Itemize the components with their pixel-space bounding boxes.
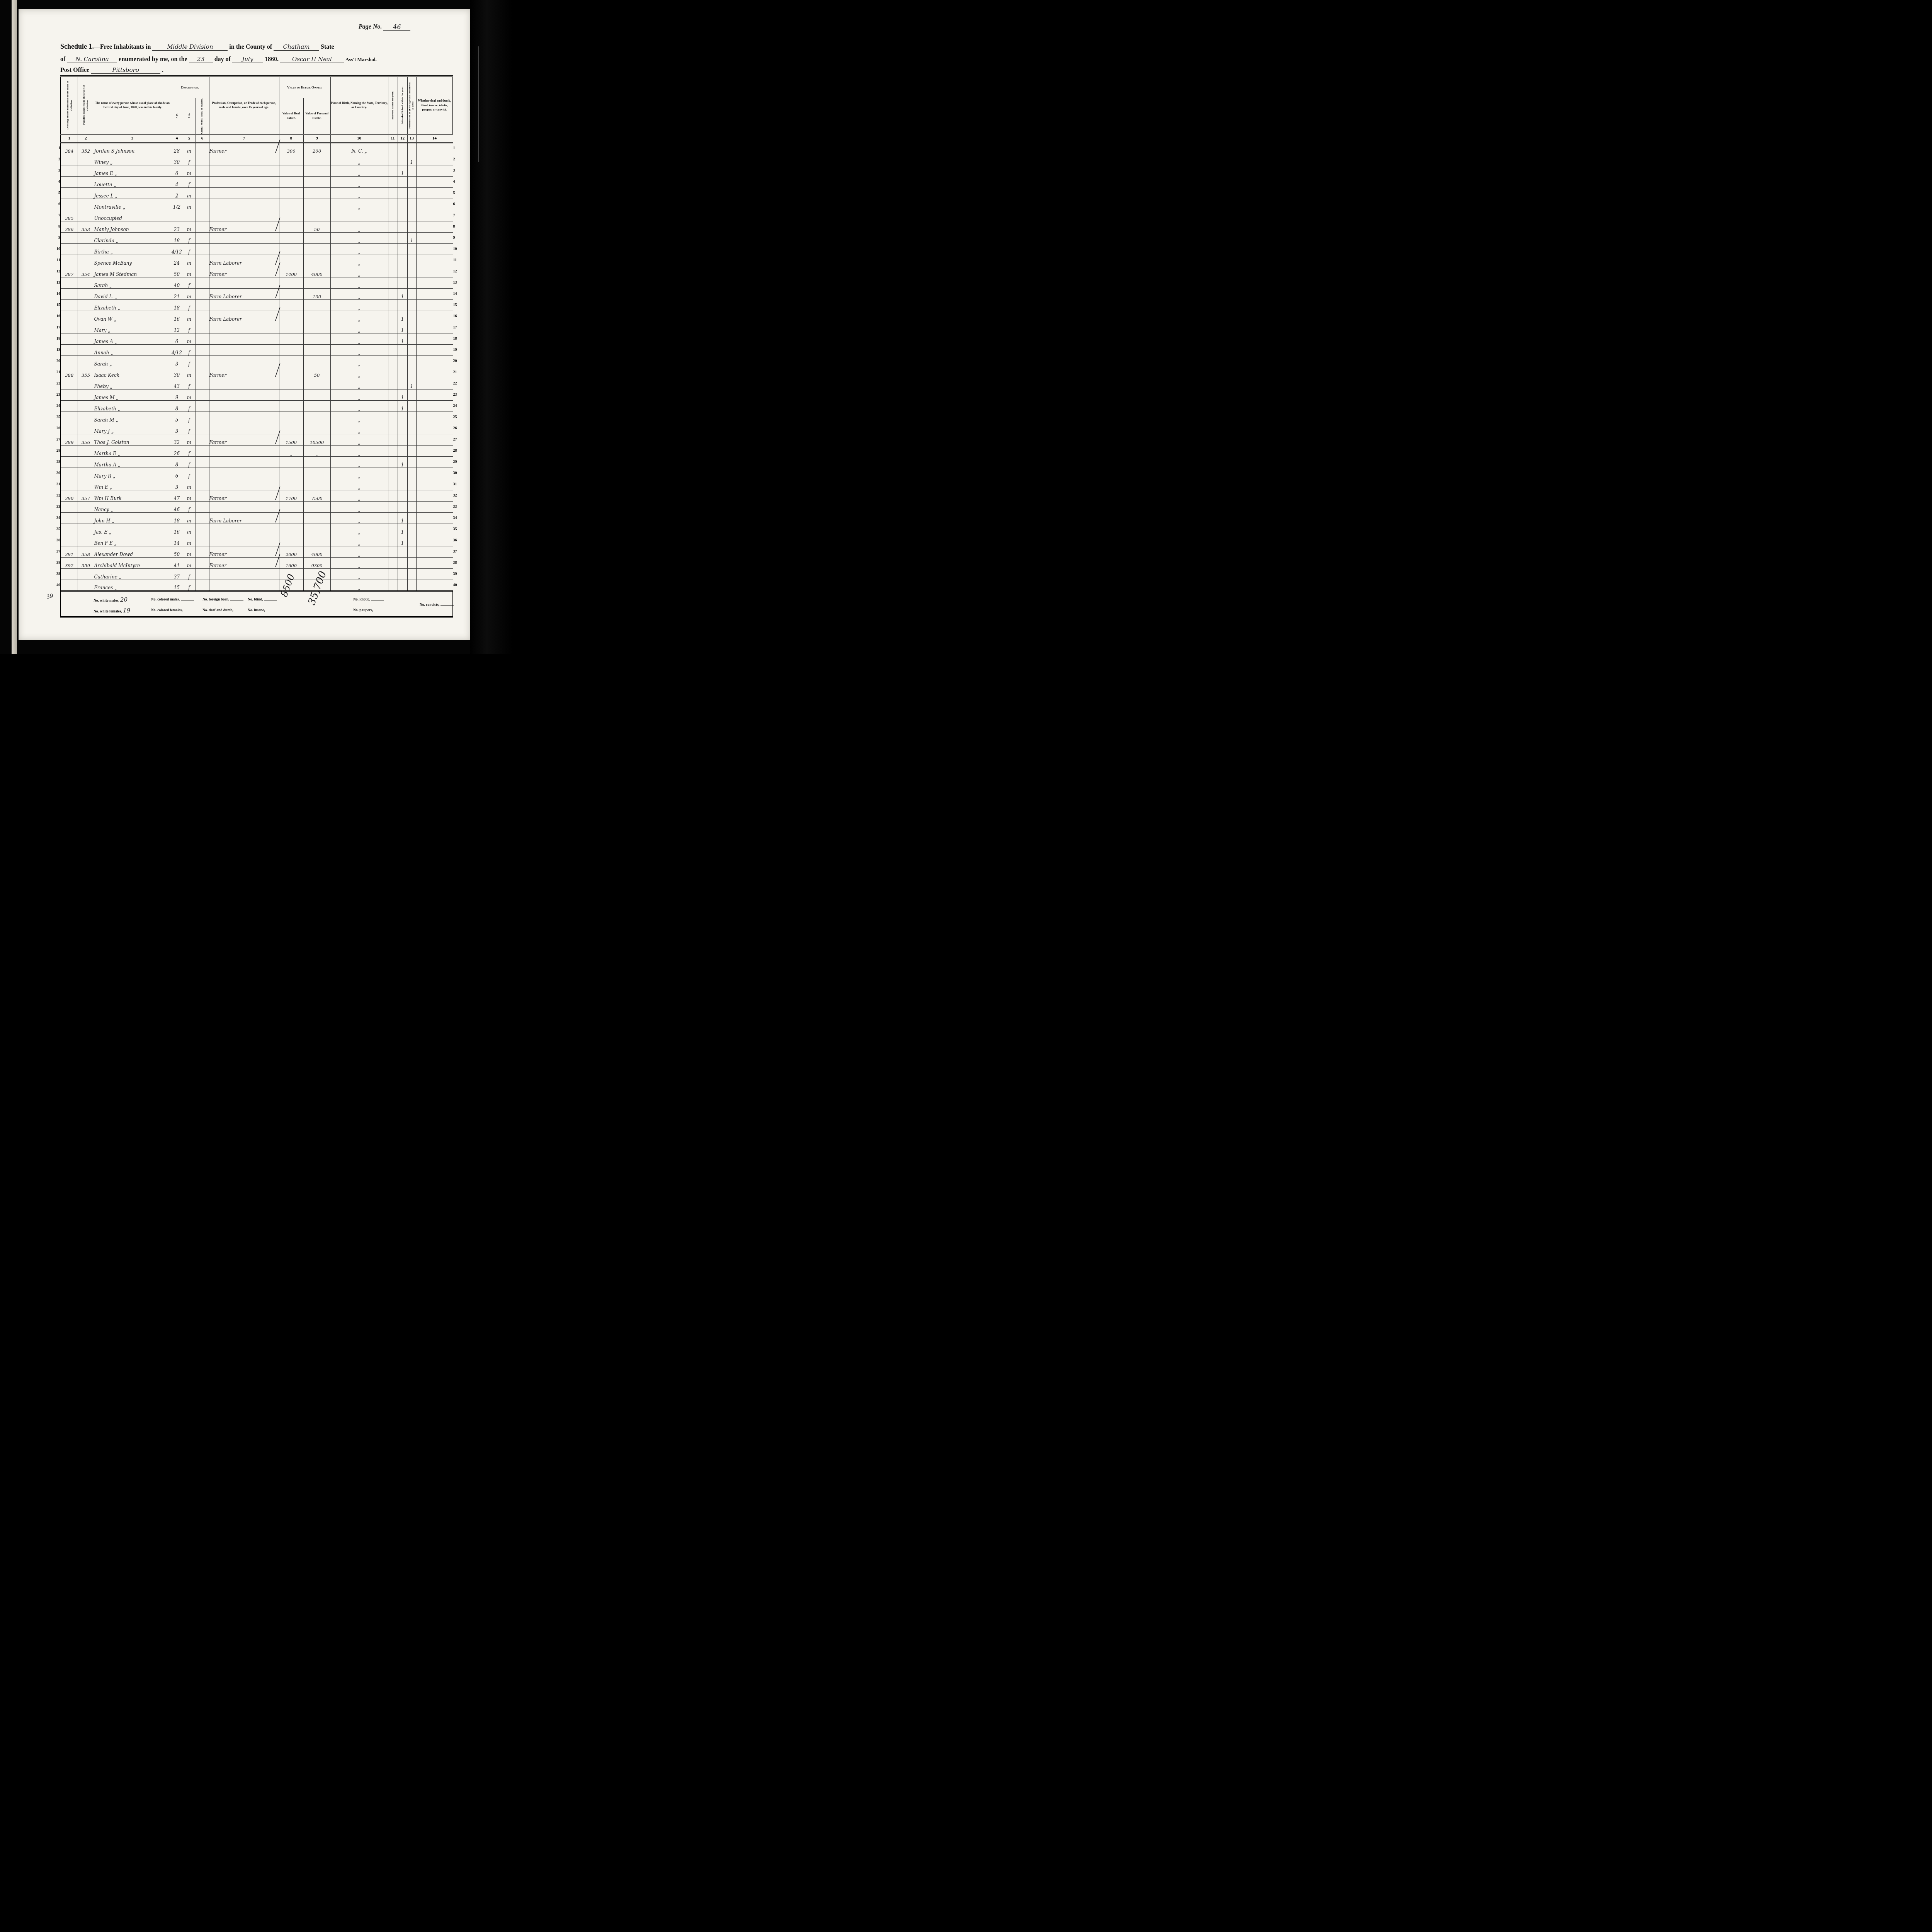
dwelling-cell: 390: [61, 490, 78, 501]
col-header-birthplace: Place of Birth, Naming the State, Territ…: [330, 76, 388, 134]
family-cell: [78, 580, 94, 591]
post-office-period: .: [162, 67, 163, 73]
birthplace-cell: „: [330, 221, 388, 232]
col-number-14: 14: [416, 134, 453, 143]
dwelling-cell: [61, 255, 78, 266]
remarks-cell: [416, 367, 453, 378]
name-cell: Sarah M „: [94, 412, 171, 423]
sex-cell: f: [183, 299, 196, 311]
color-cell: [196, 378, 209, 389]
personal-estate-cell: [303, 255, 330, 266]
family-cell: [78, 311, 94, 322]
cannot-read-cell: [407, 277, 416, 288]
cannot-read-cell: [407, 255, 416, 266]
dwelling-cell: [61, 322, 78, 333]
real-estate-cell: 1500: [279, 434, 303, 445]
sex-cell: m: [183, 221, 196, 232]
dwelling-cell: [61, 501, 78, 512]
sex-cell: m: [183, 490, 196, 501]
remarks-cell: [416, 187, 453, 199]
white-females-label: No. white females, 19: [94, 607, 130, 614]
row-number-left: 27: [52, 434, 61, 445]
age-cell: 18: [171, 232, 183, 243]
sex-cell: m: [183, 479, 196, 490]
school-cell: [398, 557, 407, 568]
birthplace-cell: „: [330, 288, 388, 299]
table-row: 39 Catharine „ 37 f „ 39: [52, 568, 468, 580]
age-cell: 12: [171, 322, 183, 333]
name-cell: Jordan S Johnson: [94, 143, 171, 154]
personal-estate-cell: [303, 344, 330, 355]
col-header-color-text: Color, { White, black, or mulatto.: [201, 98, 204, 134]
col-header-color: Color, { White, black, or mulatto.: [196, 98, 209, 134]
dwelling-cell: [61, 512, 78, 524]
married-cell: [388, 468, 398, 479]
col-header-cannot-read-text: Persons over 20 yr's of age who cannot r…: [408, 81, 415, 129]
school-cell: [398, 412, 407, 423]
age-cell: 18: [171, 299, 183, 311]
insane-label: No. insane,: [248, 607, 279, 612]
remarks-cell: [416, 232, 453, 243]
occupation-cell: [209, 535, 279, 546]
name-cell: David L. „: [94, 288, 171, 299]
dwelling-cell: 387: [61, 266, 78, 277]
row-number-right: 6: [453, 199, 468, 210]
family-cell: [78, 165, 94, 176]
remarks-cell: [416, 434, 453, 445]
color-cell: [196, 557, 209, 568]
occupation-cell: Farmer: [209, 546, 279, 557]
sex-cell: m: [183, 557, 196, 568]
row-number-left: 18: [52, 333, 61, 344]
name-cell: Nancy „: [94, 501, 171, 512]
family-cell: [78, 355, 94, 367]
age-cell: 24: [171, 255, 183, 266]
personal-estate-cell: 50: [303, 221, 330, 232]
school-cell: [398, 445, 407, 456]
family-cell: 353: [78, 221, 94, 232]
family-cell: [78, 535, 94, 546]
sex-cell: f: [183, 580, 196, 591]
col-header-real-estate: Value of Real Estate.: [279, 98, 303, 134]
cannot-read-cell: [407, 266, 416, 277]
row-number-right: 30: [453, 468, 468, 479]
table-row: 13 Sarah „ 40 f „ 13: [52, 277, 468, 288]
age-cell: 50: [171, 546, 183, 557]
row-number-left: 5: [52, 187, 61, 199]
records-body: 1 384 352 Jordan S Johnson 28 m Farmer 3…: [52, 143, 468, 591]
sex-cell: m: [183, 266, 196, 277]
occupation-cell: Farmer: [209, 434, 279, 445]
row-number-left: 30: [52, 468, 61, 479]
row-number-right: 27: [453, 434, 468, 445]
marshal-signature: Oscar H Neal: [280, 56, 344, 63]
dwelling-cell: [61, 445, 78, 456]
age-cell: 4/12: [171, 243, 183, 255]
family-cell: [78, 344, 94, 355]
book-spine-edge: [12, 0, 17, 654]
color-cell: [196, 210, 209, 221]
col-header-remarks: Whether deaf and dumb, blind, insane, id…: [416, 76, 453, 134]
married-cell: [388, 165, 398, 176]
married-cell: [388, 501, 398, 512]
row-number-right: 7: [453, 210, 468, 221]
school-cell: [398, 266, 407, 277]
dwelling-cell: [61, 535, 78, 546]
real-estate-cell: [279, 501, 303, 512]
col-number-1: 1: [61, 134, 78, 143]
cannot-read-cell: [407, 557, 416, 568]
col-number-9: 9: [303, 134, 330, 143]
dwelling-cell: [61, 243, 78, 255]
table-row: 28 Martha E „ 26 f „ „ „ 28: [52, 445, 468, 456]
remarks-cell: [416, 557, 453, 568]
state-label: State: [321, 44, 334, 50]
table-row: 16 Ovan W „ 16 m Farm Laborer „ 1 16: [52, 311, 468, 322]
dwelling-cell: [61, 299, 78, 311]
table-row: 33 Nancy „ 46 f „ 33: [52, 501, 468, 512]
col-header-dwelling: Dwelling-houses numbered in the order of…: [61, 76, 78, 134]
sex-cell: m: [183, 333, 196, 344]
name-cell: Ben F E „: [94, 535, 171, 546]
row-number-left: 26: [52, 423, 61, 434]
school-cell: [398, 490, 407, 501]
age-cell: 6: [171, 333, 183, 344]
color-cell: [196, 299, 209, 311]
row-number-left: 36: [52, 535, 61, 546]
real-estate-cell: [279, 255, 303, 266]
cannot-read-cell: [407, 221, 416, 232]
color-cell: [196, 266, 209, 277]
age-cell: 23: [171, 221, 183, 232]
real-estate-cell: [279, 524, 303, 535]
remarks-cell: [416, 378, 453, 389]
division-field: Middle Division: [152, 43, 228, 51]
birthplace-cell: „: [330, 456, 388, 468]
colored-females-label: No. colored females,: [151, 607, 197, 612]
occupation-cell: Farmer: [209, 557, 279, 568]
school-cell: 1: [398, 311, 407, 322]
family-cell: [78, 277, 94, 288]
color-cell: [196, 367, 209, 378]
color-cell: [196, 199, 209, 210]
name-cell: Annah „: [94, 344, 171, 355]
col-header-married: Married within the year.: [388, 76, 398, 134]
table-header: Dwelling-houses numbered in the order of…: [52, 76, 468, 143]
row-number-left: 39: [52, 568, 61, 580]
name-cell: Pheby „: [94, 378, 171, 389]
name-cell: Spence McBany: [94, 255, 171, 266]
table-row: 25 Sarah M „ 5 f „ 25: [52, 412, 468, 423]
age-cell: 21: [171, 288, 183, 299]
name-cell: Birtha „: [94, 243, 171, 255]
school-cell: [398, 221, 407, 232]
school-cell: 1: [398, 456, 407, 468]
remarks-cell: [416, 400, 453, 412]
cannot-read-cell: [407, 367, 416, 378]
cannot-read-cell: [407, 580, 416, 591]
remarks-cell: [416, 344, 453, 355]
family-cell: [78, 479, 94, 490]
occupation-cell: [209, 378, 279, 389]
age-cell: 32: [171, 434, 183, 445]
age-cell: 6: [171, 165, 183, 176]
row-number-right: 23: [453, 389, 468, 400]
row-number-right: 32: [453, 490, 468, 501]
age-cell: 8: [171, 400, 183, 412]
row-number-right: 15: [453, 299, 468, 311]
color-cell: [196, 512, 209, 524]
row-number-left: 37: [52, 546, 61, 557]
real-estate-cell: 1700: [279, 490, 303, 501]
idiotic-label: No. idiotic,: [353, 596, 384, 602]
cannot-read-cell: [407, 490, 416, 501]
birthplace-cell: „: [330, 243, 388, 255]
married-cell: [388, 288, 398, 299]
remarks-cell: [416, 568, 453, 580]
sex-cell: [183, 210, 196, 221]
remarks-cell: [416, 210, 453, 221]
color-cell: [196, 479, 209, 490]
row-number-right: 1: [453, 143, 468, 154]
row-number-left: 11: [52, 255, 61, 266]
birthplace-cell: „: [330, 378, 388, 389]
occupation-cell: [209, 479, 279, 490]
school-cell: 1: [398, 322, 407, 333]
row-number-right: 24: [453, 400, 468, 412]
family-cell: [78, 524, 94, 535]
age-cell: 41: [171, 557, 183, 568]
dwelling-cell: 386: [61, 221, 78, 232]
sex-cell: m: [183, 187, 196, 199]
remarks-cell: [416, 199, 453, 210]
remarks-cell: [416, 512, 453, 524]
row-number-right: 18: [453, 333, 468, 344]
married-cell: [388, 512, 398, 524]
name-cell: Manly Johnson: [94, 221, 171, 232]
age-cell: 43: [171, 378, 183, 389]
numbers-row-right-gutter: [453, 134, 468, 143]
school-cell: [398, 299, 407, 311]
row-number-left: 16: [52, 311, 61, 322]
real-estate-cell: [279, 389, 303, 400]
personal-estate-cell: [303, 512, 330, 524]
birthplace-cell: „: [330, 423, 388, 434]
cannot-read-cell: [407, 445, 416, 456]
row-number-left: 15: [52, 299, 61, 311]
married-cell: [388, 210, 398, 221]
white-males-label: No. white males, 20: [94, 596, 128, 603]
col-header-married-text: Married within the year.: [391, 91, 395, 119]
cannot-read-cell: [407, 400, 416, 412]
name-cell: Alexander Dowd: [94, 546, 171, 557]
personal-estate-cell: [303, 412, 330, 423]
col-number-10: 10: [330, 134, 388, 143]
county-label: in the County of: [229, 44, 272, 50]
name-cell: Mary R „: [94, 468, 171, 479]
enumerated-label: enumerated by me, on the: [119, 56, 187, 63]
remarks-cell: [416, 322, 453, 333]
cannot-read-cell: [407, 412, 416, 423]
real-estate-cell: [279, 535, 303, 546]
color-cell: [196, 580, 209, 591]
family-cell: [78, 210, 94, 221]
row-number-right: 10: [453, 243, 468, 255]
occupation-cell: [209, 580, 279, 591]
occupation-cell: [209, 243, 279, 255]
family-cell: [78, 378, 94, 389]
school-cell: 1: [398, 165, 407, 176]
table-row: 6 Montraville „ 1/2 m „ 6: [52, 199, 468, 210]
real-estate-cell: [279, 199, 303, 210]
occupation-cell: Farm Laborer: [209, 512, 279, 524]
marshal-label: Ass't Marshal.: [345, 56, 377, 62]
name-cell: Winey „: [94, 154, 171, 165]
cannot-read-cell: [407, 143, 416, 154]
col-header-family: Families numbered in the order of visita…: [78, 76, 94, 134]
birthplace-cell: „: [330, 277, 388, 288]
family-cell: [78, 456, 94, 468]
row-number-left: 10: [52, 243, 61, 255]
family-cell: [78, 243, 94, 255]
row-number-left: 13: [52, 277, 61, 288]
row-number-right: 3: [453, 165, 468, 176]
school-cell: [398, 154, 407, 165]
col-header-school: Attended School within the year.: [398, 76, 407, 134]
table-row: 8 386 353 Manly Johnson 23 m Farmer 50 „…: [52, 221, 468, 232]
color-cell: [196, 468, 209, 479]
family-cell: [78, 412, 94, 423]
cannot-read-cell: [407, 568, 416, 580]
personal-estate-cell: [303, 154, 330, 165]
name-cell: Montraville „: [94, 199, 171, 210]
remarks-cell: [416, 456, 453, 468]
personal-estate-cell: [303, 199, 330, 210]
age-cell: 3: [171, 423, 183, 434]
occupation-cell: [209, 322, 279, 333]
school-cell: [398, 501, 407, 512]
personal-estate-cell: [303, 322, 330, 333]
cannot-read-cell: [407, 165, 416, 176]
sex-cell: f: [183, 355, 196, 367]
birthplace-cell: „: [330, 176, 388, 187]
remarks-cell: [416, 221, 453, 232]
cannot-read-cell: [407, 299, 416, 311]
sex-cell: m: [183, 535, 196, 546]
family-cell: [78, 322, 94, 333]
dwelling-cell: [61, 288, 78, 299]
sex-cell: f: [183, 322, 196, 333]
dwelling-cell: [61, 165, 78, 176]
col-header-family-text: Families numbered in the order of visita…: [82, 81, 89, 129]
birthplace-cell: „: [330, 199, 388, 210]
convicts-label: No. convicts,: [420, 602, 454, 607]
occupation-cell: [209, 210, 279, 221]
day-field: 23: [189, 56, 213, 63]
sex-cell: f: [183, 400, 196, 412]
personal-estate-cell: 200: [303, 143, 330, 154]
occupation-cell: Farmer: [209, 367, 279, 378]
dwelling-cell: [61, 199, 78, 210]
table-row: 3 James E „ 6 m „ 1 3: [52, 165, 468, 176]
table-row: 38 392 359 Archibald McIntyre 41 m Farme…: [52, 557, 468, 568]
real-estate-cell: [279, 210, 303, 221]
birthplace-cell: „: [330, 468, 388, 479]
dwelling-cell: [61, 412, 78, 423]
school-cell: [398, 243, 407, 255]
sex-cell: m: [183, 367, 196, 378]
table-row: 1 384 352 Jordan S Johnson 28 m Farmer 3…: [52, 143, 468, 154]
dwelling-cell: [61, 423, 78, 434]
sex-cell: f: [183, 568, 196, 580]
family-cell: [78, 512, 94, 524]
real-estate-cell: [279, 232, 303, 243]
col-number-12: 12: [398, 134, 407, 143]
name-cell: Elizabeth „: [94, 400, 171, 412]
sex-cell: f: [183, 445, 196, 456]
personal-estate-cell: [303, 479, 330, 490]
school-cell: 1: [398, 288, 407, 299]
name-cell: James M Stedman: [94, 266, 171, 277]
footer-left-gutter: [52, 591, 61, 617]
dwelling-cell: [61, 344, 78, 355]
real-estate-cell: [279, 378, 303, 389]
state-field: N. Carolina: [67, 56, 117, 63]
sex-cell: f: [183, 232, 196, 243]
age-cell: 6: [171, 468, 183, 479]
name-cell: John H „: [94, 512, 171, 524]
school-cell: [398, 255, 407, 266]
color-cell: [196, 322, 209, 333]
birthplace-cell: „: [330, 546, 388, 557]
remarks-cell: [416, 154, 453, 165]
color-cell: [196, 311, 209, 322]
sex-cell: m: [183, 288, 196, 299]
remarks-cell: [416, 311, 453, 322]
dwelling-cell: [61, 479, 78, 490]
table-row: 35 Jas. E „ 16 m „ 1 35: [52, 524, 468, 535]
real-estate-cell: [279, 400, 303, 412]
name-cell: Frances „: [94, 580, 171, 591]
color-cell: [196, 535, 209, 546]
birthplace-cell: „: [330, 322, 388, 333]
occupation-cell: Farmer: [209, 266, 279, 277]
blind-label: No. blind,: [248, 596, 277, 602]
color-cell: [196, 277, 209, 288]
row-number-left: 24: [52, 400, 61, 412]
dwelling-cell: [61, 468, 78, 479]
birthplace-cell: „: [330, 355, 388, 367]
dwelling-cell: [61, 568, 78, 580]
cannot-read-cell: [407, 456, 416, 468]
row-number-left: 9: [52, 232, 61, 243]
family-cell: [78, 176, 94, 187]
county-field: Chatham: [274, 43, 319, 51]
birthplace-cell: „: [330, 512, 388, 524]
row-number-left: 34: [52, 512, 61, 524]
table-row: 12 387 354 James M Stedman 50 m Farmer 1…: [52, 266, 468, 277]
table-row: 30 Mary R „ 6 f „ 30: [52, 468, 468, 479]
color-cell: [196, 165, 209, 176]
personal-estate-cell: 7500: [303, 490, 330, 501]
occupation-cell: Farm Laborer: [209, 255, 279, 266]
age-cell: 50: [171, 266, 183, 277]
table-row: 36 Ben F E „ 14 m „ 1 36: [52, 535, 468, 546]
real-estate-cell: [279, 176, 303, 187]
married-cell: [388, 479, 398, 490]
remarks-cell: [416, 277, 453, 288]
birthplace-cell: „: [330, 367, 388, 378]
